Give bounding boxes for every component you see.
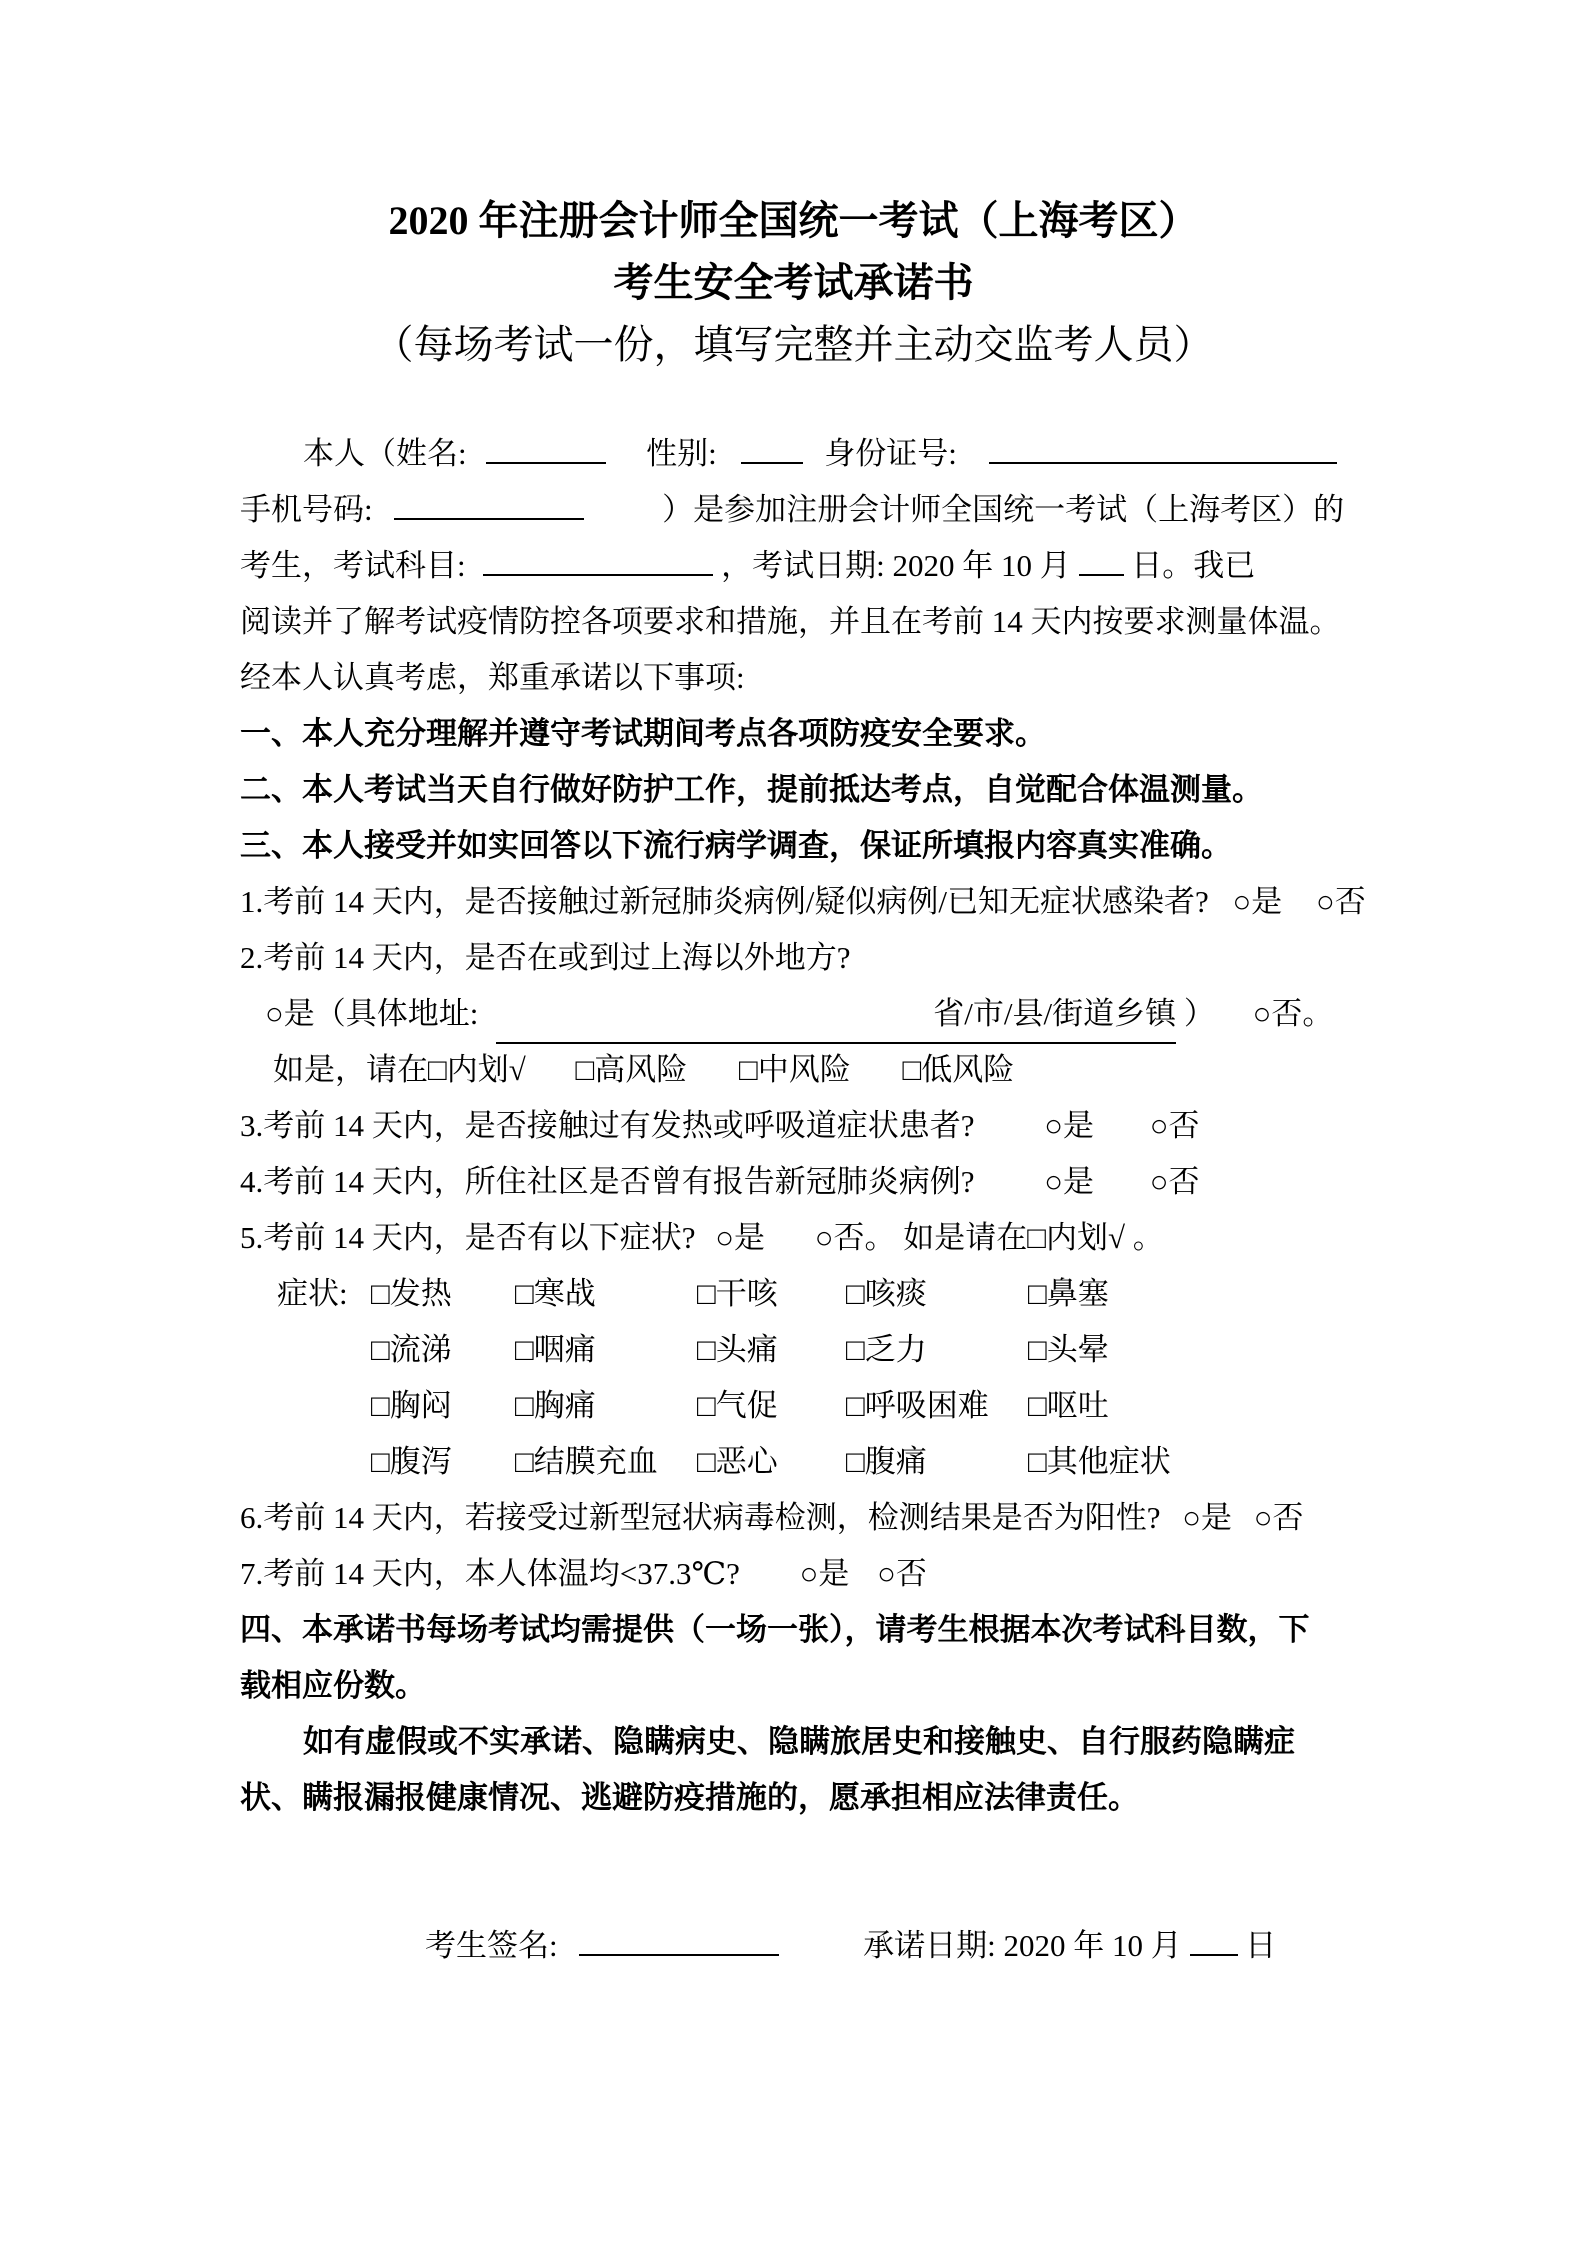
question-6: 6.考前 14 天内，若接受过新型冠状病毒检测，检测结果是否为阳性? ○是 ○否: [240, 1490, 1347, 1546]
exam-day-field-blank[interactable]: [1079, 564, 1124, 576]
intro-line-5: 经本人认真考虑，郑重承诺以下事项:: [240, 650, 1347, 706]
address-unit-label: 省/市/县/街道乡镇: [933, 996, 1176, 1031]
risk-low-checkbox[interactable]: □低风险: [902, 1052, 1014, 1087]
symptom-checkbox-dizziness[interactable]: □头晕: [1028, 1322, 1109, 1378]
symptoms-label: 症状:: [277, 1266, 348, 1322]
commitment-item-2: 二、本人考试当天自行做好防护工作，提前抵达考点，自觉配合体温测量。: [240, 762, 1347, 818]
symptom-checkbox-sputum[interactable]: □咳痰: [846, 1266, 927, 1322]
q7-no-option[interactable]: ○否: [877, 1556, 927, 1591]
risk-check-hint: 如是，请在□内划√: [273, 1052, 526, 1087]
intro-line-3: 考生，考试科目: ，考试日期: 2020 年 10 月 日。我已: [240, 538, 1347, 594]
symptom-checkbox-chest-tightness[interactable]: □胸闷: [371, 1378, 452, 1434]
symptom-checkbox-runny-nose[interactable]: □流涕: [371, 1322, 452, 1378]
question-2-answer-line: ○是（具体地址: 省/市/县/街道乡镇 ） ○否。: [240, 986, 1347, 1042]
question-2: 2.考前 14 天内，是否在或到过上海以外地方?: [240, 930, 1347, 986]
signature-field-blank[interactable]: [579, 1944, 779, 1956]
signature-label: 考生签名:: [425, 1928, 558, 1963]
document-title-line2: 考生安全考试承诺书: [240, 252, 1347, 314]
symptom-checkbox-other[interactable]: □其他症状: [1028, 1434, 1171, 1490]
document-title-line1: 2020 年注册会计师全国统一考试（上海考区）: [240, 190, 1347, 252]
q5-no-option[interactable]: ○否。: [815, 1220, 896, 1255]
q7-yes-option[interactable]: ○是: [800, 1556, 850, 1591]
symptom-row-4: □腹泻 □结膜充血 □恶心 □腹痛 □其他症状: [240, 1434, 1347, 1490]
symptom-checkbox-dry-cough[interactable]: □干咳: [697, 1266, 778, 1322]
symptom-checkbox-conjunctival-congestion[interactable]: □结膜充血: [515, 1434, 658, 1490]
address-field-blank[interactable]: 省/市/县/街道乡镇: [496, 986, 1176, 1044]
question-3-text: 3.考前 14 天内，是否接触过有发热或呼吸道症状患者?: [240, 1108, 975, 1143]
question-5: 5.考前 14 天内，是否有以下症状? ○是 ○否。 如是请在□内划√ 。: [240, 1210, 1347, 1266]
intro-text-after-phone: ）是参加注册会计师全国统一考试（上海考区）的: [662, 492, 1344, 527]
intro-line-2: 手机号码: ）是参加注册会计师全国统一考试（上海考区）的: [240, 482, 1347, 538]
document-subtitle: （每场考试一份，填写完整并主动交监考人员）: [240, 314, 1347, 376]
q2-no-option[interactable]: ○否。: [1253, 996, 1334, 1031]
symptom-checkbox-vomiting[interactable]: □呕吐: [1028, 1378, 1109, 1434]
question-7-text: 7.考前 14 天内，本人体温均<37.3℃?: [240, 1556, 740, 1591]
q2-yes-option[interactable]: ○是（具体地址:: [265, 996, 478, 1031]
document-page: 2020 年注册会计师全国统一考试（上海考区） 考生安全考试承诺书 （每场考试一…: [0, 0, 1587, 2245]
exam-date-label: ，考试日期: 2020 年 10 月: [721, 548, 1071, 583]
question-3: 3.考前 14 天内，是否接触过有发热或呼吸道症状患者? ○是 ○否: [240, 1098, 1347, 1154]
symptom-row-3: □胸闷 □胸痛 □气促 □呼吸困难 □呕吐: [240, 1378, 1347, 1434]
symptom-checkbox-chest-pain[interactable]: □胸痛: [515, 1378, 596, 1434]
question-5-text: 5.考前 14 天内，是否有以下症状?: [240, 1220, 696, 1255]
q4-no-option[interactable]: ○否: [1150, 1164, 1200, 1199]
symptom-row-1: 症状: □发热 □寒战 □干咳 □咳痰 □鼻塞: [240, 1266, 1347, 1322]
question-4: 4.考前 14 天内，所住社区是否曾有报告新冠肺炎病例? ○是 ○否: [240, 1154, 1347, 1210]
warning-line-2: 状、瞒报漏报健康情况、逃避防疫措施的，愿承担相应法律责任。: [240, 1770, 1347, 1826]
symptom-checkbox-abdominal-pain[interactable]: □腹痛: [846, 1434, 927, 1490]
question-2-risk-line: 如是，请在□内划√ □高风险 □中风险 □低风险: [240, 1042, 1347, 1098]
section-4-line-1: 四、本承诺书每场考试均需提供（一场一张），请考生根据本次考试科目数，下: [240, 1602, 1347, 1658]
q5-check-hint: 如是请在□内划√ 。: [903, 1220, 1164, 1255]
phone-label: 手机号码:: [240, 492, 373, 527]
question-1: 1.考前 14 天内，是否接触过新冠肺炎病例/疑似病例/已知无症状感染者? ○是…: [240, 874, 1347, 930]
id-number-label: 身份证号:: [824, 436, 957, 471]
risk-medium-checkbox[interactable]: □中风险: [739, 1052, 851, 1087]
symptom-checkbox-chills[interactable]: □寒战: [515, 1266, 596, 1322]
section-4-line-2: 载相应份数。: [240, 1658, 1347, 1714]
question-6-text: 6.考前 14 天内，若接受过新型冠状病毒检测，检测结果是否为阳性?: [240, 1500, 1161, 1535]
commitment-item-3: 三、本人接受并如实回答以下流行病学调查，保证所填报内容真实准确。: [240, 818, 1347, 874]
symptom-checkbox-shortness-of-breath[interactable]: □气促: [697, 1378, 778, 1434]
commitment-day-field-blank[interactable]: [1190, 1944, 1238, 1956]
exam-subject-label: 考生，考试科目:: [240, 548, 466, 583]
symptom-checkbox-breathing-difficulty[interactable]: □呼吸困难: [846, 1378, 989, 1434]
name-field-blank[interactable]: [486, 452, 606, 464]
q3-yes-option[interactable]: ○是: [1044, 1108, 1094, 1143]
symptom-checkbox-diarrhea[interactable]: □腹泻: [371, 1434, 452, 1490]
q1-no-option[interactable]: ○否: [1316, 884, 1366, 919]
gender-label: 性别:: [646, 436, 717, 471]
commitment-item-1: 一、本人充分理解并遵守考试期间考点各项防疫安全要求。: [240, 706, 1347, 762]
signature-line: 考生签名: 承诺日期: 2020 年 10 月 日: [240, 1918, 1347, 1974]
symptom-checkbox-nausea[interactable]: □恶心: [697, 1434, 778, 1490]
intro-line-4: 阅读并了解考试疫情防控各项要求和措施，并且在考前 14 天内按要求测量体温。: [240, 594, 1347, 650]
commitment-date-label: 承诺日期: 2020 年 10 月: [863, 1928, 1182, 1963]
q4-yes-option[interactable]: ○是: [1044, 1164, 1094, 1199]
phone-field-blank[interactable]: [394, 508, 584, 520]
symptom-checkbox-sore-throat[interactable]: □咽痛: [515, 1322, 596, 1378]
q6-no-option[interactable]: ○否: [1254, 1500, 1304, 1535]
q5-yes-option[interactable]: ○是: [715, 1220, 765, 1255]
id-number-field-blank[interactable]: [989, 452, 1337, 464]
question-7: 7.考前 14 天内，本人体温均<37.3℃? ○是 ○否: [240, 1546, 1347, 1602]
gender-field-blank[interactable]: [741, 452, 803, 464]
q6-yes-option[interactable]: ○是: [1182, 1500, 1232, 1535]
q3-no-option[interactable]: ○否: [1150, 1108, 1200, 1143]
symptom-checkbox-fatigue[interactable]: □乏力: [846, 1322, 927, 1378]
q2-close-paren: ）: [1184, 996, 1215, 1031]
risk-high-checkbox[interactable]: □高风险: [576, 1052, 688, 1087]
symptom-checkbox-nasal-congestion[interactable]: □鼻塞: [1028, 1266, 1109, 1322]
symptom-row-2: □流涕 □咽痛 □头痛 □乏力 □头晕: [240, 1322, 1347, 1378]
question-1-text: 1.考前 14 天内，是否接触过新冠肺炎病例/疑似病例/已知无症状感染者?: [240, 884, 1209, 919]
intro-line-1: 本人（姓名: 性别: 身份证号:: [240, 426, 1347, 482]
exam-subject-field-blank[interactable]: [483, 564, 713, 576]
name-label: 本人（姓名:: [303, 436, 467, 471]
symptom-checkbox-headache[interactable]: □头痛: [697, 1322, 778, 1378]
question-4-text: 4.考前 14 天内，所住社区是否曾有报告新冠肺炎病例?: [240, 1164, 975, 1199]
document-body: 本人（姓名: 性别: 身份证号: 手机号码: ）是参加注册会计师全国统一考试（上…: [240, 426, 1347, 1974]
symptom-checkbox-fever[interactable]: □发热: [371, 1266, 452, 1322]
warning-line-1: 如有虚假或不实承诺、隐瞒病史、隐瞒旅居史和接触史、自行服药隐瞒症: [240, 1714, 1347, 1770]
q1-yes-option[interactable]: ○是: [1232, 884, 1282, 919]
intro-text-after-date: 日。我已: [1131, 548, 1255, 583]
commitment-day-suffix: 日: [1245, 1928, 1276, 1963]
